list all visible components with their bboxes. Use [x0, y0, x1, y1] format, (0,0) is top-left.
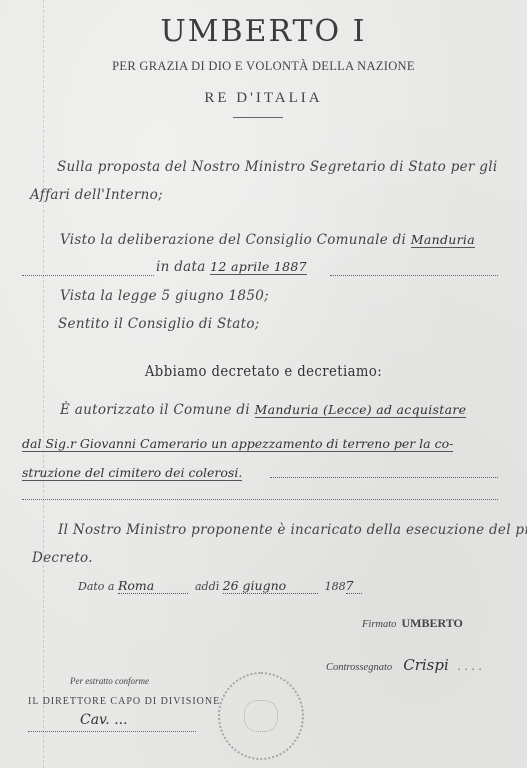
- countersigned-label: Controssegnato: [326, 662, 392, 673]
- article-handwritten-2: dal Sig.r Giovanni Camerario un appezzam…: [22, 436, 453, 452]
- year-handwritten: 7: [346, 578, 362, 594]
- countersigned-block: Controssegnato Crispi . . . .: [326, 655, 482, 674]
- certification-label: Per estratto conforme: [70, 676, 149, 686]
- year-prefix: 188: [325, 580, 346, 593]
- director-signature-line: [28, 731, 196, 732]
- preamble-line-3: Visto la deliberazione del Consiglio Com…: [60, 232, 475, 248]
- date-prefix: in data: [156, 259, 206, 275]
- fold-line: [43, 0, 45, 768]
- place-handwritten: Roma: [118, 578, 188, 594]
- article-handwritten-1: Manduria (Lecce) ad acquistare: [255, 402, 467, 418]
- preamble-line-1: Sulla proposta del Nostro Ministro Segre…: [57, 159, 497, 175]
- official-seal-stamp-icon: [218, 672, 304, 760]
- article-line-3: struzione del cimitero dei colerosi.: [22, 462, 242, 481]
- separator-dotted-line: [22, 499, 498, 500]
- preamble-line-3-text: Visto la deliberazione del Consiglio Com…: [60, 232, 406, 248]
- decree-page: UMBERTO I PER GRAZIA DI DIO E VOLONTÀ DE…: [0, 0, 527, 768]
- certification-title: IL DIRETTORE CAPO DI DIVISIONE: [28, 696, 220, 707]
- execution-line-1: Il Nostro Ministro proponente è incarica…: [58, 522, 527, 538]
- director-signature: Cav. ...: [80, 712, 128, 728]
- king-title: RE D'ITALIA: [0, 90, 527, 107]
- header-ornament: [233, 117, 283, 118]
- countersigned-signature: Crispi: [403, 656, 449, 674]
- signed-label: Firmato: [362, 619, 396, 630]
- article-dotted-fill: [270, 477, 498, 478]
- preamble-line-2: Affari dell'Interno;: [30, 187, 163, 203]
- preamble-line-6: Sentito il Consiglio di Stato;: [58, 316, 260, 332]
- date-handwritten: 26 giugno: [223, 578, 318, 594]
- signed-block: Firmato UMBERTO: [362, 612, 463, 631]
- seal-emblem-icon: [244, 700, 278, 732]
- decree-heading: Abbiamo decretato e decretiamo:: [32, 362, 496, 380]
- municipality-handwritten: Manduria: [411, 232, 475, 248]
- countersigned-dots: . . . .: [454, 660, 482, 673]
- document-title: UMBERTO I: [0, 14, 527, 49]
- preamble-line-4: in data 12 aprile 1887: [156, 259, 307, 275]
- signed-name: UMBERTO: [402, 616, 463, 630]
- article-line-1: È autorizzato il Comune di Manduria (Lec…: [60, 402, 466, 418]
- document-subtitle: PER GRAZIA DI DIO E VOLONTÀ DELLA NAZION…: [0, 59, 527, 74]
- article-prefix: È autorizzato il Comune di: [60, 402, 250, 418]
- preamble-line-5: Vista la legge 5 giugno 1850;: [60, 288, 269, 304]
- article-line-2: dal Sig.r Giovanni Camerario un appezzam…: [22, 433, 453, 452]
- execution-line-2: Decreto.: [32, 550, 93, 566]
- date-dotted-right: [330, 275, 498, 276]
- dated-prefix: Dato a: [78, 580, 114, 593]
- article-handwritten-3: struzione del cimitero dei colerosi.: [22, 465, 242, 481]
- date-dotted-left: [22, 275, 154, 276]
- dated-line: Dato a Roma addì 26 giugno 1887: [78, 578, 362, 594]
- addi-label: addì: [195, 580, 219, 593]
- deliberation-date-handwritten: 12 aprile 1887: [210, 259, 307, 275]
